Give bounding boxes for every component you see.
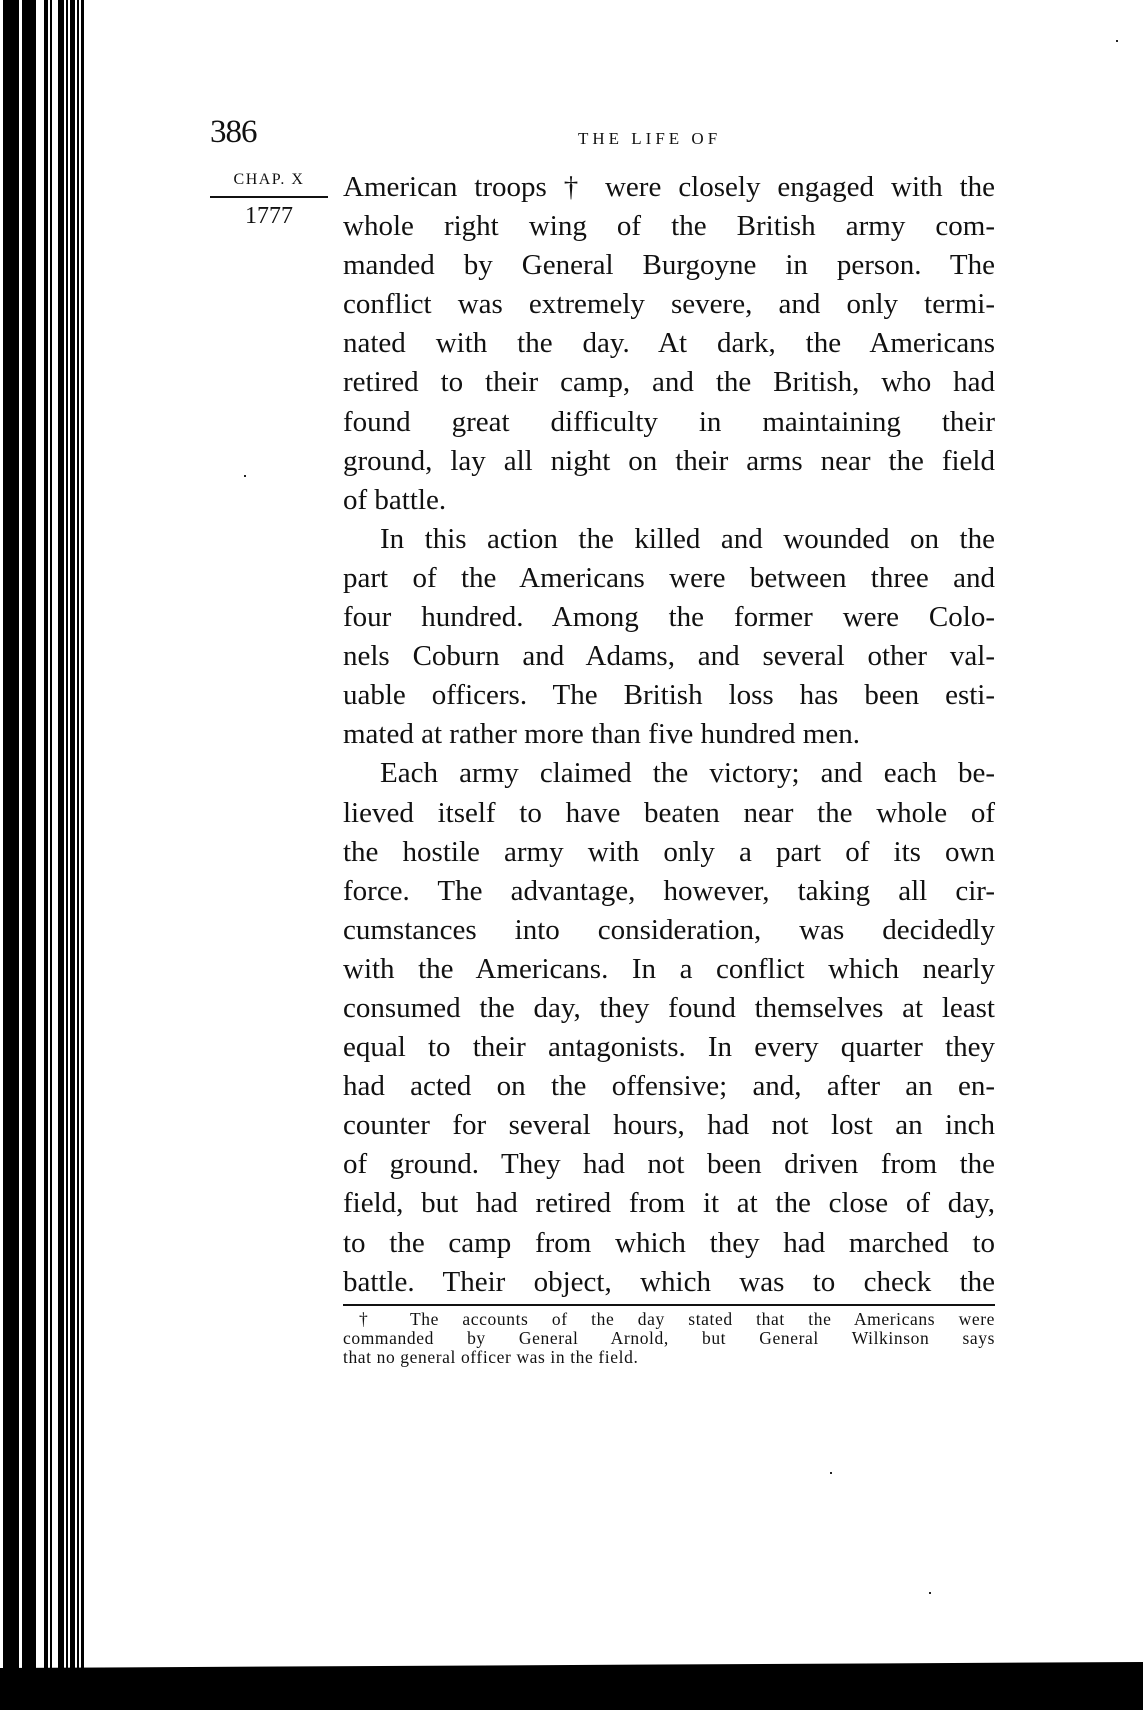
running-head: THE LIFE OF: [578, 128, 721, 150]
text-line: nels Coburn and Adams, and several other…: [343, 637, 995, 676]
text-line: mated at rather more than five hundred m…: [343, 715, 995, 754]
text-line: the hostile army with only a part of its…: [343, 833, 995, 872]
text-line: uable officers. The British loss has bee…: [343, 676, 995, 715]
footnote-line: that no general officer was in the field…: [343, 1348, 995, 1367]
paragraph-3: Each army claimed the victory; and each …: [343, 754, 995, 1301]
paragraph-2: In this action the killed and wounded on…: [343, 520, 995, 755]
running-head-text: THE LIFE OF: [578, 129, 721, 148]
text-line: field, but had retired from it at the cl…: [343, 1184, 995, 1223]
page-number: 386: [210, 114, 257, 150]
footnote-line: † The accounts of the day stated that th…: [343, 1310, 995, 1329]
text-line: with the Americans. In a conflict which …: [343, 950, 995, 989]
text-line: equal to their antagonists. In every qua…: [343, 1028, 995, 1067]
scan-binding-edge: [0, 0, 90, 1710]
text-line: to the camp from which they had marched …: [343, 1224, 995, 1263]
footnote-line: commanded by General Arnold, but General…: [343, 1329, 995, 1348]
margin-year: 1777: [210, 202, 328, 230]
text-line: force. The advantage, however, taking al…: [343, 872, 995, 911]
text-line: lieved itself to have beaten near the wh…: [343, 794, 995, 833]
text-line: manded by General Burgoyne in person. Th…: [343, 246, 995, 285]
margin-rule: [210, 196, 328, 198]
text-line: cumstances into consideration, was decid…: [343, 911, 995, 950]
text-line: American troops † were closely engaged w…: [343, 168, 995, 207]
text-line: consumed the day, they found themselves …: [343, 989, 995, 1028]
text-line: battle. Their object, which was to check…: [343, 1263, 995, 1302]
text-line: of battle.: [343, 481, 995, 520]
text-line: whole right wing of the British army com…: [343, 207, 995, 246]
text-line: conflict was extremely severe, and only …: [343, 285, 995, 324]
footnote-rule: [343, 1304, 995, 1306]
text-line: Each army claimed the victory; and each …: [343, 754, 995, 793]
text-line: four hundred. Among the former were Colo…: [343, 598, 995, 637]
body-text: American troops † were closely engaged w…: [343, 168, 995, 1302]
margin-note: CHAP. X 1777: [210, 168, 328, 230]
footnote: † The accounts of the day stated that th…: [343, 1310, 995, 1367]
text-line: In this action the killed and wounded on…: [343, 520, 995, 559]
text-line: ground, lay all night on their arms near…: [343, 442, 995, 481]
paragraph-1: American troops † were closely engaged w…: [343, 168, 995, 520]
margin-chapter: CHAP. X: [210, 168, 328, 192]
text-line: found great difficulty in maintaining th…: [343, 403, 995, 442]
text-line: had acted on the offensive; and, after a…: [343, 1067, 995, 1106]
scan-speck: [1116, 40, 1118, 42]
scan-speck: [929, 1592, 931, 1594]
text-line: part of the Americans were between three…: [343, 559, 995, 598]
text-line: of ground. They had not been driven from…: [343, 1145, 995, 1184]
scan-speck: [830, 1472, 832, 1474]
text-line: counter for several hours, had not lost …: [343, 1106, 995, 1145]
scan-bottom-edge-fill: [0, 1690, 1143, 1710]
text-line: retired to their camp, and the British, …: [343, 363, 995, 402]
text-line: nated with the day. At dark, the America…: [343, 324, 995, 363]
scan-speck: [244, 475, 246, 477]
